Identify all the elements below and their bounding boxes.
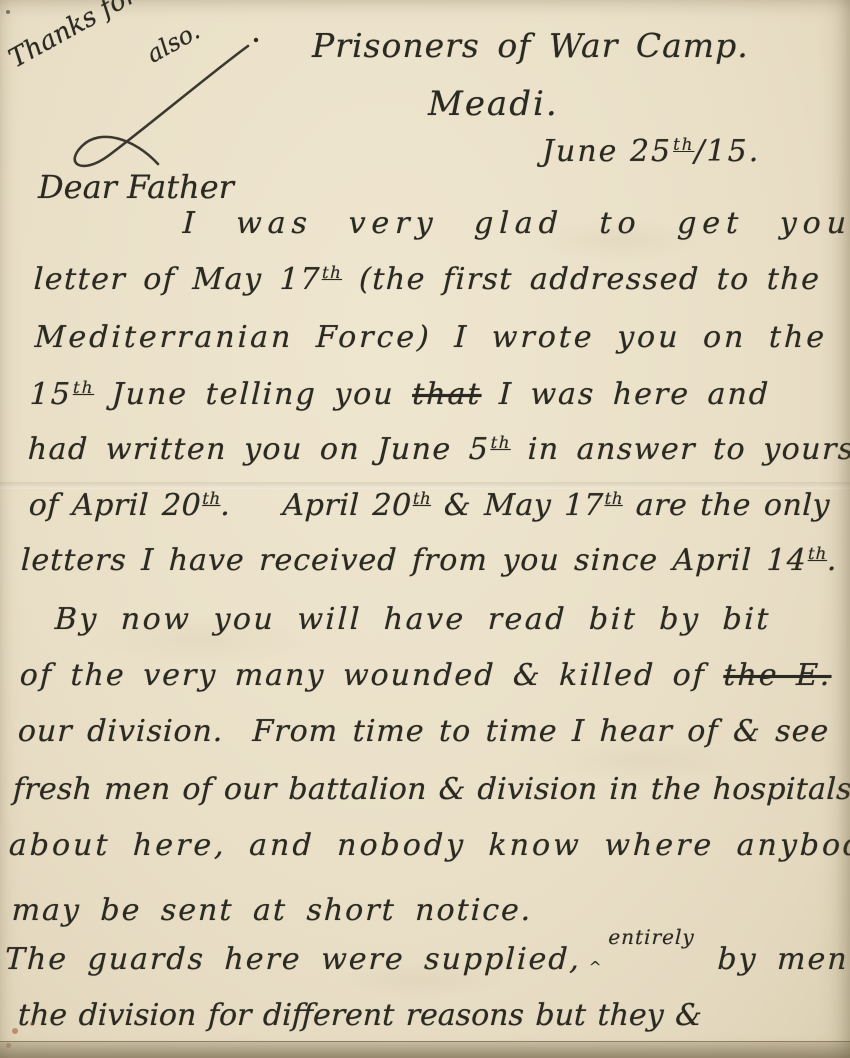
paper-speck [6, 10, 10, 14]
text-segment: . [826, 543, 838, 578]
text-segment: about here, and nobody know where anybod… [8, 828, 850, 863]
letter-line: By now you will have read bit by bit [54, 602, 771, 637]
letter-page: Thanks for paper also. Prisoners of War … [0, 0, 850, 1058]
superscript-ordinal: th [73, 378, 95, 397]
text-segment: may be sent at short notice. [11, 893, 533, 928]
letter-line: letter of May 17th (the first addressed … [33, 262, 821, 297]
text-segment: of April 20 [28, 488, 202, 523]
text-segment: 15 [29, 377, 72, 412]
letter-line: had written you on June 5th in answer to… [27, 432, 850, 467]
text-segment: of the very many wounded & killed of [19, 658, 724, 693]
text-segment: The guards here were supplied, [4, 942, 581, 977]
insertion-caret: ^ [588, 958, 603, 976]
text-segment: (the first addressed to the [341, 262, 821, 297]
letter-line: about here, and nobody know where anybod… [8, 828, 850, 863]
letter-line: the division for different reasons but t… [17, 998, 702, 1033]
text-segment: I was very glad to get your [182, 206, 850, 241]
paper-speck [30, 1022, 34, 1026]
text-segment: June telling you [94, 377, 413, 412]
text-segment: fresh men of our battalion & division in… [12, 772, 850, 807]
letter-line: letters I have received from you since A… [20, 543, 838, 578]
letter-line: 15th June telling you that I was here an… [29, 377, 771, 412]
paper-speck [12, 1028, 18, 1034]
letter-line: The guards here were supplied,^entirely … [4, 942, 850, 977]
text-segment: by men left by [697, 942, 850, 977]
text-segment: . April 20 [220, 488, 413, 523]
text-segment: letter of May 17 [33, 262, 321, 297]
superscript-ordinal: th [322, 263, 343, 282]
superscript-ordinal: th [202, 489, 221, 508]
letter-line: of April 20th. April 20th & May 17th are… [28, 488, 830, 523]
letter-line: our division. From time to time I hear o… [17, 714, 830, 749]
text-segment: had written you on June 5 [27, 432, 490, 467]
text-segment: in answer to yours [510, 432, 850, 467]
letter-line: fresh men of our battalion & division in… [12, 772, 850, 807]
superscript-ordinal: th [604, 489, 623, 508]
text-segment: & May 17 [430, 488, 604, 523]
text-segment: I was here and [481, 377, 771, 412]
text-segment: are the only [622, 488, 830, 523]
text-segment: Mediterranian Force) I wrote you on the [34, 320, 828, 355]
text-segment: letters I have received from you since A… [20, 543, 807, 578]
text-segment: the division for different reasons but t… [17, 998, 702, 1033]
superscript-ordinal: th [490, 433, 511, 452]
scan-edge-band [0, 1041, 850, 1058]
letter-line: I was very glad to get your [182, 206, 850, 241]
inserted-word: entirely [608, 925, 695, 949]
superscript-ordinal: th [808, 544, 828, 563]
superscript-ordinal: th [413, 489, 432, 508]
struck-out-text: the E. [723, 658, 832, 693]
letter-line: may be sent at short notice. [11, 893, 533, 928]
text-segment: our division. From time to time I hear o… [17, 714, 830, 749]
letter-line: Mediterranian Force) I wrote you on the [34, 320, 828, 355]
letter-body: I was very glad to get yourletter of May… [0, 0, 850, 1058]
struck-out-text: that [412, 377, 483, 412]
letter-line: of the very many wounded & killed of the… [19, 658, 832, 693]
text-segment: By now you will have read bit by bit [54, 602, 771, 637]
